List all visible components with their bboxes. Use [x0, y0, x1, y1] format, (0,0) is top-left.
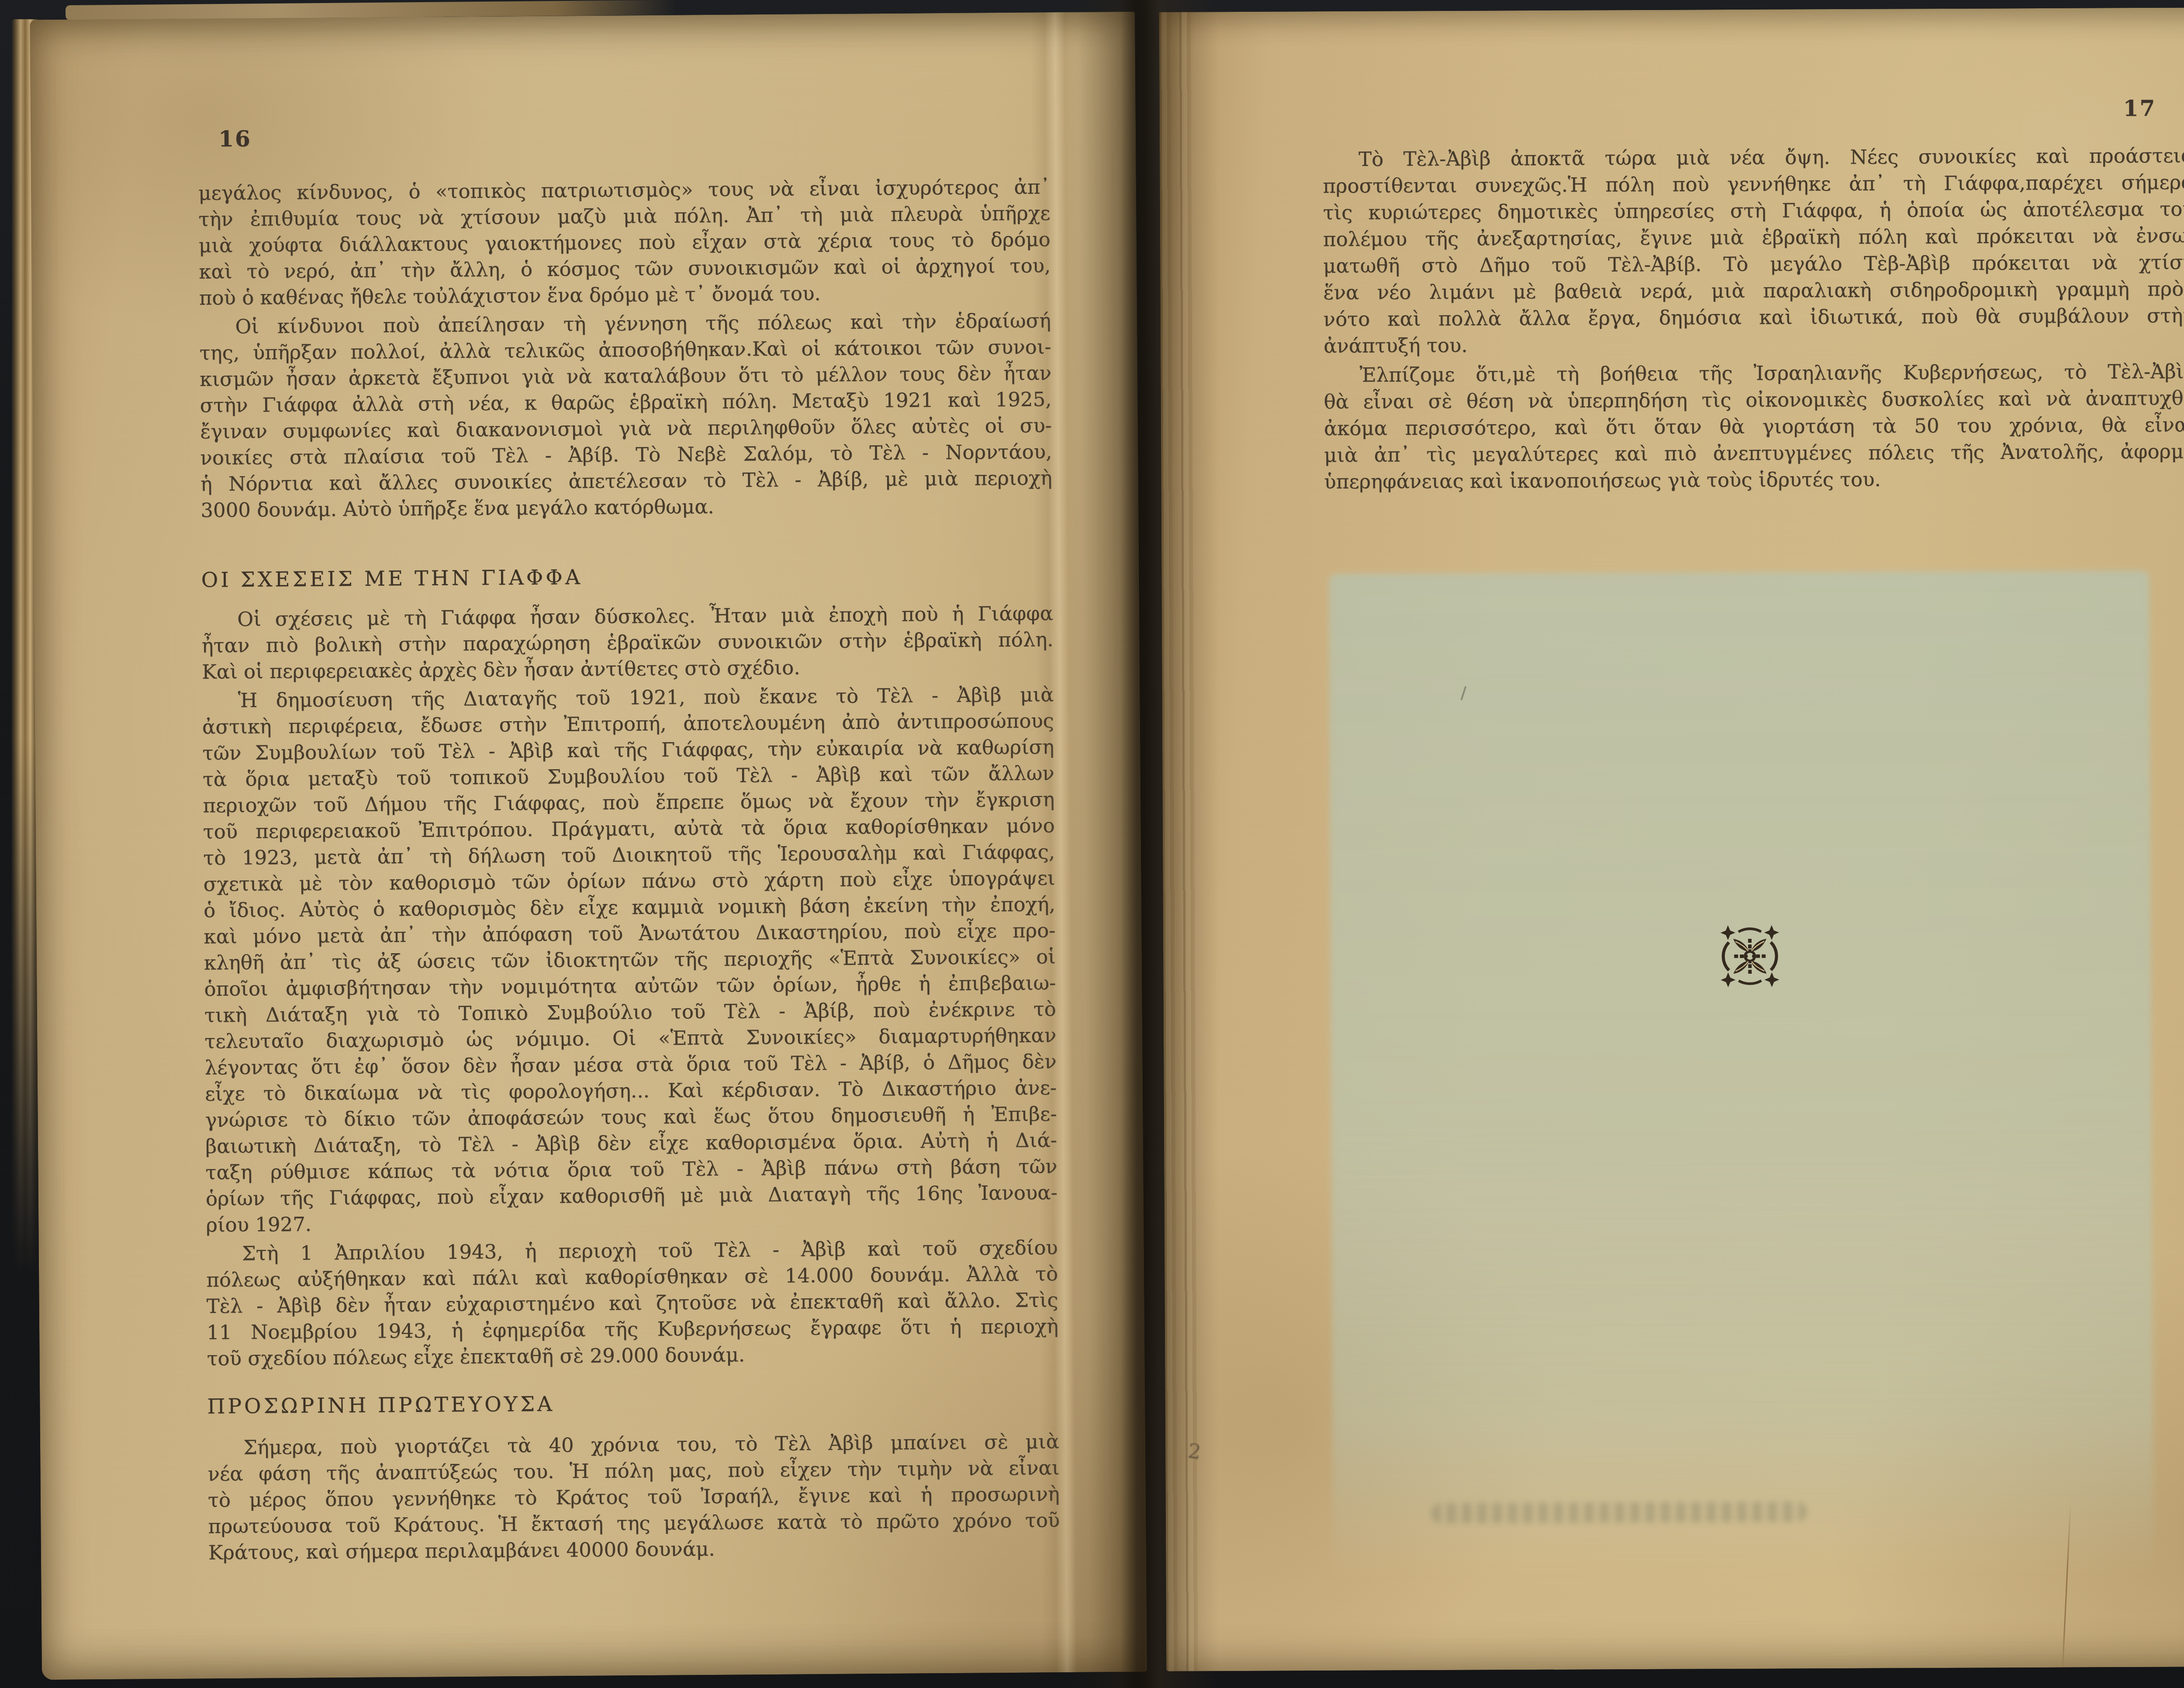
left-text-column: μεγάλος κίνδυνος, ὁ «τοπικὸς πατριωτισμὸ… [198, 174, 1060, 1568]
page-number-right: 17 [2123, 95, 2156, 121]
text-line: ἕνα νέο λιμάνι μὲ βαθειὰ νερά, μιὰ παραλ… [1323, 275, 2184, 306]
text-line: Τὸ Τὲλ-Ἀβὶβ ἀποκτᾶ τώρα μιὰ νέα ὄψη. Νέε… [1323, 142, 2184, 173]
paragraph: Στὴ 1 Ἀπριλίου 1943, ἡ περιοχὴ τοῦ Τὲλ -… [206, 1235, 1059, 1372]
fleuron-ornament [1719, 924, 1781, 989]
text-line: μιὰ ἀπ᾽ τὶς μεγαλύτερες καὶ πιὸ ἀνεπτυγμ… [1324, 438, 2184, 468]
paragraph: Οἱ σχέσεις μὲ τὴ Γιάφφα ἦσαν δύσκολες. Ἦ… [201, 600, 1054, 685]
book-scan: 16 μεγάλος κίνδυνος, ὁ «τοπικὸς πατριωτι… [0, 0, 2184, 1688]
text-line: ματωθῆ στὸ Δῆμο τοῦ Τὲλ-Ἀβίβ. Τὸ μεγάλο … [1323, 249, 2184, 279]
text-line: θὰ εἶναι σὲ θέση νὰ ὑπερπηδήση τὶς οἰκον… [1324, 384, 2184, 415]
page-number-left: 16 [218, 126, 252, 152]
paragraph: Οἱ κίνδυνοι ποὺ ἀπείλησαν τὴ γέννηση τῆς… [199, 308, 1052, 523]
paragraph: Τὸ Τὲλ-Ἀβὶβ ἀποκτᾶ τώρα μιὰ νέα ὄψη. Νέε… [1323, 142, 2184, 359]
photo-showthrough [1329, 571, 2153, 1577]
text-line: ΟΙ ΣΧΕΣΕΙΣ ΜΕ ΤΗΝ ΓΙΑΦΦΑ [201, 561, 1053, 593]
paragraph: Ἡ δημοσίευση τῆς Διαταγῆς τοῦ 1921, ποὺ … [202, 681, 1057, 1238]
section-heading: ΟΙ ΣΧΕΣΕΙΣ ΜΕ ΤΗΝ ΓΙΑΦΦΑ [201, 561, 1053, 593]
right-text-column: Τὸ Τὲλ-Ἀβὶβ ἀποκτᾶ τώρα μιὰ νέα ὄψη. Νέε… [1323, 142, 2184, 498]
text-line: τὶς κυριώτερες δημοτικὲς ὑπηρεσίες στὴ Γ… [1323, 195, 2184, 226]
paragraph: Ἐλπίζομε ὅτι,μὲ τὴ βοήθεια τῆς Ἰσραηλιαν… [1324, 358, 2184, 495]
text-line: ΠΡΟΣΩΡΙΝΗ ΠΡΩΤΕΥΟΥΣΑ [207, 1387, 1059, 1420]
caption-showthrough [1431, 1501, 1807, 1523]
text-line: ἀκόμα περισσότερο, καὶ ὅτι ὅταν θὰ γιορτ… [1324, 411, 2184, 442]
page-16: 16 μεγάλος κίνδυνος, ὁ «τοπικὸς πατριωτι… [30, 12, 1147, 1680]
paragraph: μεγάλος κίνδυνος, ὁ «τοπικὸς πατριωτισμὸ… [198, 174, 1051, 311]
text-line: πολέμου τῆς ἀνεξαρτησίας, ἔγινε μιὰ ἑβρα… [1323, 222, 2184, 253]
text-line: ἀνάπτυξή του. [1324, 329, 2184, 359]
section-heading: ΠΡΟΣΩΡΙΝΗ ΠΡΩΤΕΥΟΥΣΑ [207, 1387, 1059, 1420]
text-line: προστίθενται συνεχῶς.Ἡ πόλη ποὺ γεννήθηκ… [1323, 169, 2184, 199]
page-17: 17 Τὸ Τὲλ-Ἀβὶβ ἀποκτᾶ τώρα μιὰ νέα ὄψη. … [1159, 7, 2184, 1671]
text-line: Ἐλπίζομε ὅτι,μὲ τὴ βοήθεια τῆς Ἰσραηλιαν… [1324, 358, 2184, 388]
stray-mark: 2 [1187, 1439, 1203, 1464]
text-line: ὑπερηφάνειας καὶ ἱκανοποιήσεως γιὰ τοὺς … [1324, 464, 2184, 495]
text-line: νότο καὶ πολλὰ ἄλλα ἔργα, δημόσια καὶ ἰδ… [1324, 302, 2184, 332]
paragraph: Σήμερα, ποὺ γιορτάζει τὰ 40 χρόνια του, … [207, 1429, 1060, 1566]
